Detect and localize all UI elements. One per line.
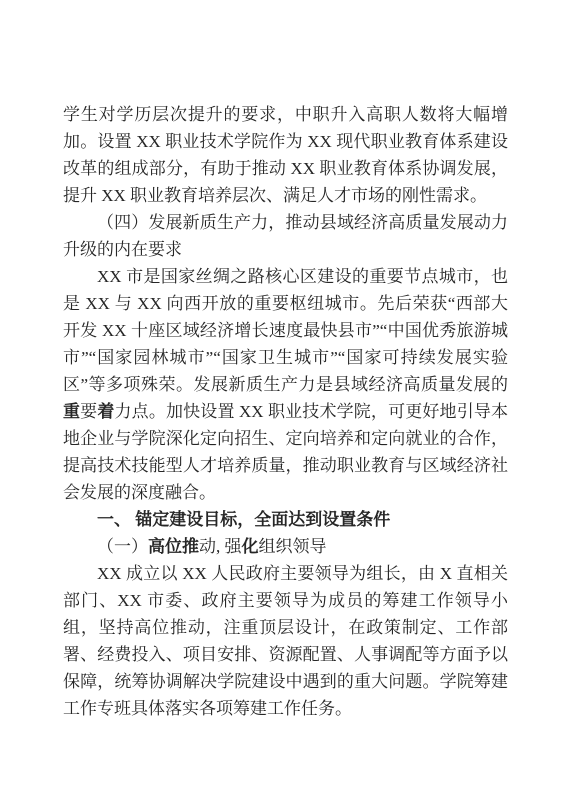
- document-body: 学生对学历层次提升的要求，中职升入高职人数将大幅增加。设置 XX 职业技术学院作…: [63, 101, 508, 722]
- text-segment: 学生对学历层次提升的要求，中职升入高职人数将大幅增加。设置 XX 职业技术学院作…: [63, 105, 508, 205]
- bold-text-segment: 着: [97, 402, 114, 421]
- text-segment: （四）发展新质生产力，推动县域经济高质量发展动力升级的内在要求: [63, 213, 508, 259]
- text-segment: 动, 强: [199, 537, 242, 556]
- text-segment: 力点。加快设置 XX 职业技术学院，可更好地引导本地企业与学院深化定向招生、定向…: [63, 402, 508, 502]
- heading2: （一）高位推动, 强化组织领导: [63, 533, 508, 560]
- paragraph: XX 成立以 XX 人民政府主要领导为组长，由 X 直相关部门、XX 市委、政府…: [63, 560, 508, 722]
- heading1: 一、 锚定建设目标，全面达到设置条件: [63, 506, 508, 533]
- document-page: 学生对学历层次提升的要求，中职升入高职人数将大幅增加。设置 XX 职业技术学院作…: [0, 0, 570, 807]
- bold-text-segment: 化: [242, 537, 259, 556]
- text-segment: 组织领导: [259, 537, 327, 556]
- text-segment: XX 成立以 XX 人民政府主要领导为组长，由 X 直相关部门、XX 市委、政府…: [63, 564, 508, 718]
- bold-text-segment: 高位推: [148, 537, 199, 556]
- heading3: （四）发展新质生产力，推动县域经济高质量发展动力升级的内在要求: [63, 209, 508, 263]
- text-segment: XX 市是国家丝绸之路核心区建设的重要节点城市，也是 XX 与 XX 向西开放的…: [63, 267, 508, 394]
- bold-text-segment: 重: [63, 402, 80, 421]
- text-segment: 要: [80, 402, 97, 421]
- bold-text-segment: 一、 锚定建设目标，全面达到设置条件: [97, 510, 390, 529]
- text-segment: （一）: [97, 537, 148, 556]
- paragraph: 学生对学历层次提升的要求，中职升入高职人数将大幅增加。设置 XX 职业技术学院作…: [63, 101, 508, 209]
- paragraph: XX 市是国家丝绸之路核心区建设的重要节点城市，也是 XX 与 XX 向西开放的…: [63, 263, 508, 506]
